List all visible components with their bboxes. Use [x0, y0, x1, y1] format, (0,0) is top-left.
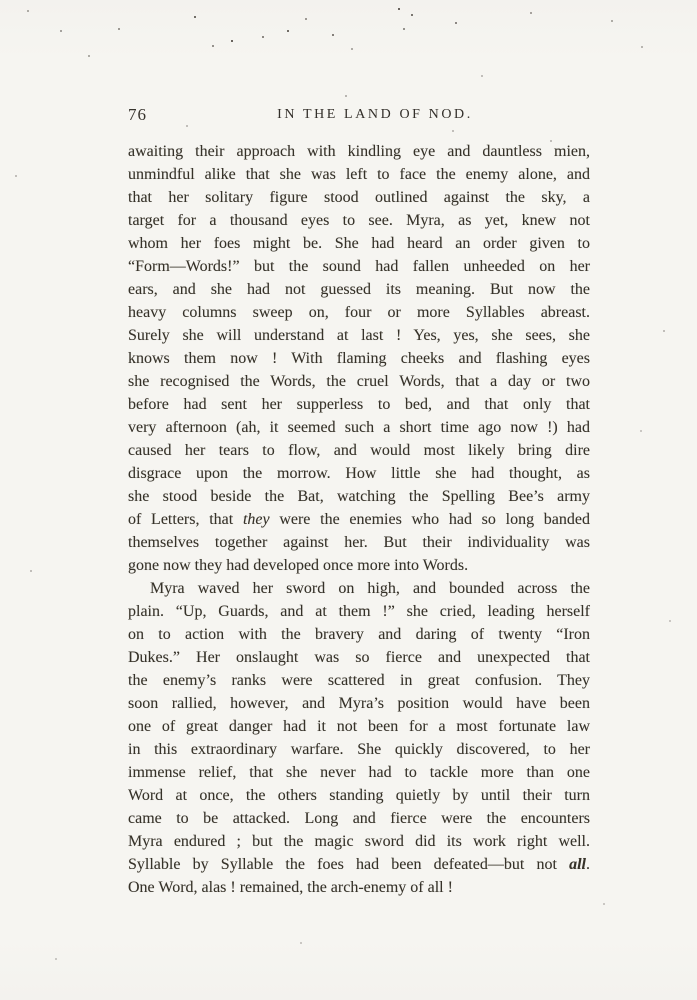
text-line: she stood beside the Bat, watching the S…	[128, 485, 590, 508]
text-line: one of great danger had it not been for …	[128, 715, 590, 738]
text-line: disgrace upon the morrow. How little she…	[128, 462, 590, 485]
text-line: whom her foes might be. She had heard an…	[128, 232, 590, 255]
text-line: came to be attacked. Long and fierce wer…	[128, 807, 590, 830]
page-text: awaiting their approach with kindling ey…	[128, 140, 590, 899]
text-line: plain. “Up, Guards, and at them !” she c…	[128, 600, 590, 623]
text-line: Myra endured ; but the magic sword did i…	[128, 830, 590, 853]
text-line: the enemy’s ranks were scattered in grea…	[128, 669, 590, 692]
text-line: of Letters, that they were the enemies w…	[128, 508, 590, 531]
paragraph: Myra waved her sword on high, and bounde…	[128, 577, 590, 899]
text-line: before had sent her supperless to bed, a…	[128, 393, 590, 416]
page-header: 76 IN THE LAND OF NOD.	[128, 103, 590, 125]
text-line: unmindful alike that she was left to fac…	[128, 163, 590, 186]
text-line: that her solitary figure stood outlined …	[128, 186, 590, 209]
book-page: 76 IN THE LAND OF NOD. awaiting their ap…	[0, 0, 697, 1000]
text-line: Word at once, the others standing quietl…	[128, 784, 590, 807]
text-line: very afternoon (ah, it seemed such a sho…	[128, 416, 590, 439]
running-title: IN THE LAND OF NOD.	[277, 107, 473, 123]
text-line: immense relief, that she never had to ta…	[128, 761, 590, 784]
text-line: heavy columns sweep on, four or more Syl…	[128, 301, 590, 324]
text-line: knows them now ! With flaming cheeks and…	[128, 347, 590, 370]
text-line: Myra waved her sword on high, and bounde…	[128, 577, 590, 600]
text-line: Surely she will understand at last ! Yes…	[128, 324, 590, 347]
page-number: 76	[128, 105, 147, 125]
text-line: she recognised the Words, the cruel Word…	[128, 370, 590, 393]
text-line: ears, and she had not guessed its meanin…	[128, 278, 590, 301]
text-line: One Word, alas ! remained, the arch-enem…	[128, 876, 590, 899]
scan-speckles	[0, 0, 2, 2]
text-line: in this extraordinary warfare. She quick…	[128, 738, 590, 761]
text-line: Syllable by Syllable the foes had been d…	[128, 853, 590, 876]
text-line: caused her tears to flow, and would most…	[128, 439, 590, 462]
text-line: themselves together against her. But the…	[128, 531, 590, 554]
text-line: on to action with the bravery and daring…	[128, 623, 590, 646]
text-line: “Form—Words!” but the sound had fallen u…	[128, 255, 590, 278]
text-line: soon rallied, however, and Myra’s positi…	[128, 692, 590, 715]
paragraph: awaiting their approach with kindling ey…	[128, 140, 590, 577]
text-line: awaiting their approach with kindling ey…	[128, 140, 590, 163]
text-line: target for a thousand eyes to see. Myra,…	[128, 209, 590, 232]
text-line: Dukes.” Her onslaught was so fierce and …	[128, 646, 590, 669]
text-line: gone now they had developed once more in…	[128, 554, 590, 577]
